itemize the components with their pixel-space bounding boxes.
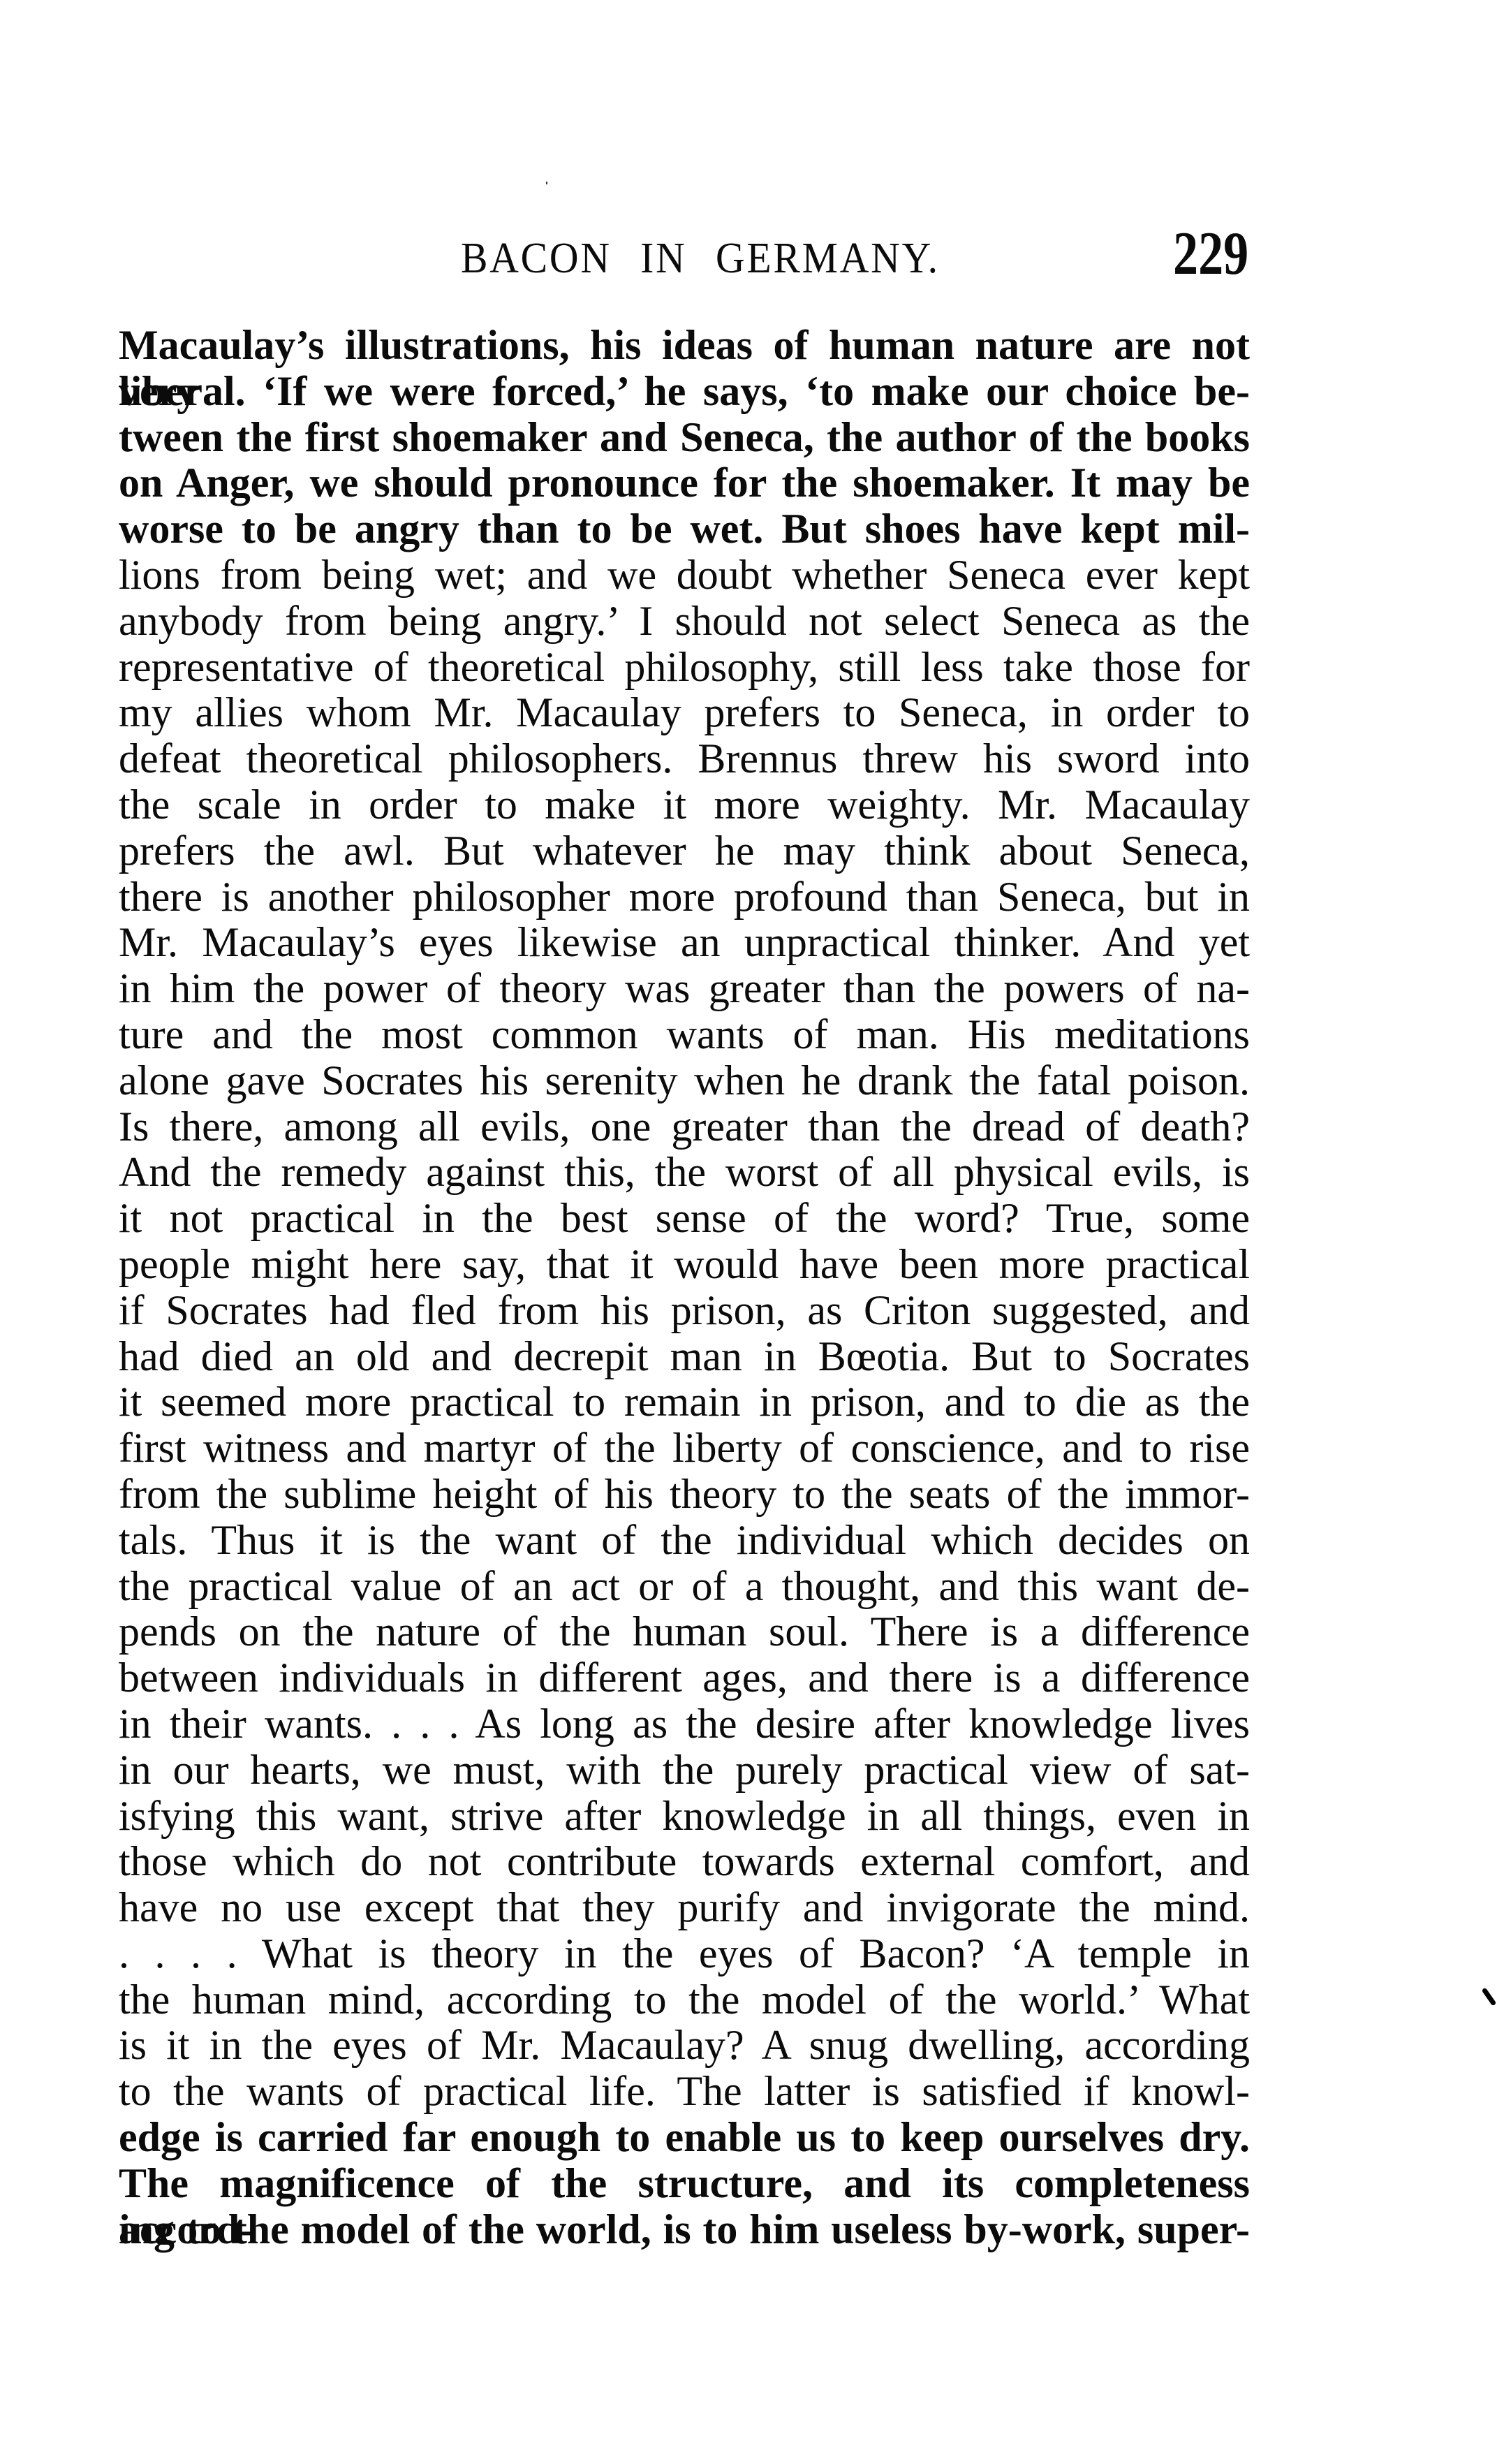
running-head: BACON IN GERMANY. (461, 230, 876, 286)
page-number: 229 (1173, 222, 1248, 286)
text-line: it seemed more practical to remain in pr… (119, 1379, 1250, 1425)
text-line: the practical value of an act or of a th… (119, 1564, 1250, 1610)
text-line: edge is carried far enough to enable us … (119, 2115, 1250, 2161)
text-line: those which do not contribute towards ex… (119, 1839, 1250, 1885)
text-line: ing to the model of the world, is to him… (119, 2207, 1250, 2253)
text-line: in their wants. . . . As long as the des… (119, 1701, 1250, 1747)
text-line: on Anger, we should pronounce for the sh… (119, 460, 1250, 506)
text-line: anybody from being angry.’ I should not … (119, 599, 1250, 645)
text-line: in our hearts, we must, with the purely … (119, 1747, 1250, 1794)
book-page: BACON IN GERMANY. 229 Macaulay’s illustr… (0, 0, 1497, 2464)
text-line: Is there, among all evils, one greater t… (119, 1104, 1250, 1150)
text-line: if Socrates had fled from his prison, as… (119, 1288, 1250, 1334)
text-line: prefers the awl. But whatever he may thi… (119, 828, 1250, 874)
text-line: between individuals in different ages, a… (119, 1655, 1250, 1701)
text-line: liberal. ‘If we were forced,’ he says, ‘… (119, 369, 1250, 415)
text-line: the scale in order to make it more weigh… (119, 782, 1250, 828)
text-line: from the sublime height of his theory to… (119, 1472, 1250, 1518)
text-line: in him the power of theory was greater t… (119, 966, 1250, 1012)
text-line: alone gave Socrates his serenity when he… (119, 1058, 1250, 1104)
text-line: tween the first shoemaker and Seneca, th… (119, 415, 1250, 461)
scan-speck (546, 182, 547, 184)
text-line: the human mind, according to the model o… (119, 1977, 1250, 2023)
text-line: have no use except that they purify and … (119, 1885, 1250, 1931)
text-line: pends on the nature of the human soul. T… (119, 1609, 1250, 1655)
text-line: lions from being wet; and we doubt wheth… (119, 552, 1250, 599)
text-line: And the remedy against this, the worst o… (119, 1150, 1250, 1196)
text-line: isfying this want, strive after knowledg… (119, 1794, 1250, 1840)
text-line: . . . . What is theory in the eyes of Ba… (119, 1931, 1250, 1977)
text-line: ture and the most common wants of man. H… (119, 1012, 1250, 1058)
text-line: Mr. Macaulay’s eyes likewise an unpracti… (119, 920, 1250, 966)
body-text: Macaulay’s illustrations, his ideas of h… (119, 323, 1250, 2252)
text-line: my allies whom Mr. Macaulay prefers to S… (119, 690, 1250, 736)
margin-ink-mark (1482, 1988, 1497, 2007)
text-line: there is another philosopher more profou… (119, 874, 1250, 921)
text-line: Macaulay’s illustrations, his ideas of h… (119, 323, 1250, 369)
text-line: worse to be angry than to be wet. But sh… (119, 506, 1250, 552)
text-line: people might here say, that it would hav… (119, 1242, 1250, 1288)
text-line: it not practical in the best sense of th… (119, 1196, 1250, 1242)
text-line: representative of theoretical philosophy… (119, 645, 1250, 691)
text-line: defeat theoretical philosophers. Brennus… (119, 736, 1250, 782)
text-line: to the wants of practical life. The latt… (119, 2069, 1250, 2115)
text-line: The magnificence of the structure, and i… (119, 2161, 1250, 2207)
text-line: is it in the eyes of Mr. Macaulay? A snu… (119, 2023, 1250, 2069)
text-line: had died an old and decrepit man in Bœot… (119, 1334, 1250, 1380)
text-line: first witness and martyr of the liberty … (119, 1425, 1250, 1472)
text-line: tals. Thus it is the want of the individ… (119, 1518, 1250, 1564)
